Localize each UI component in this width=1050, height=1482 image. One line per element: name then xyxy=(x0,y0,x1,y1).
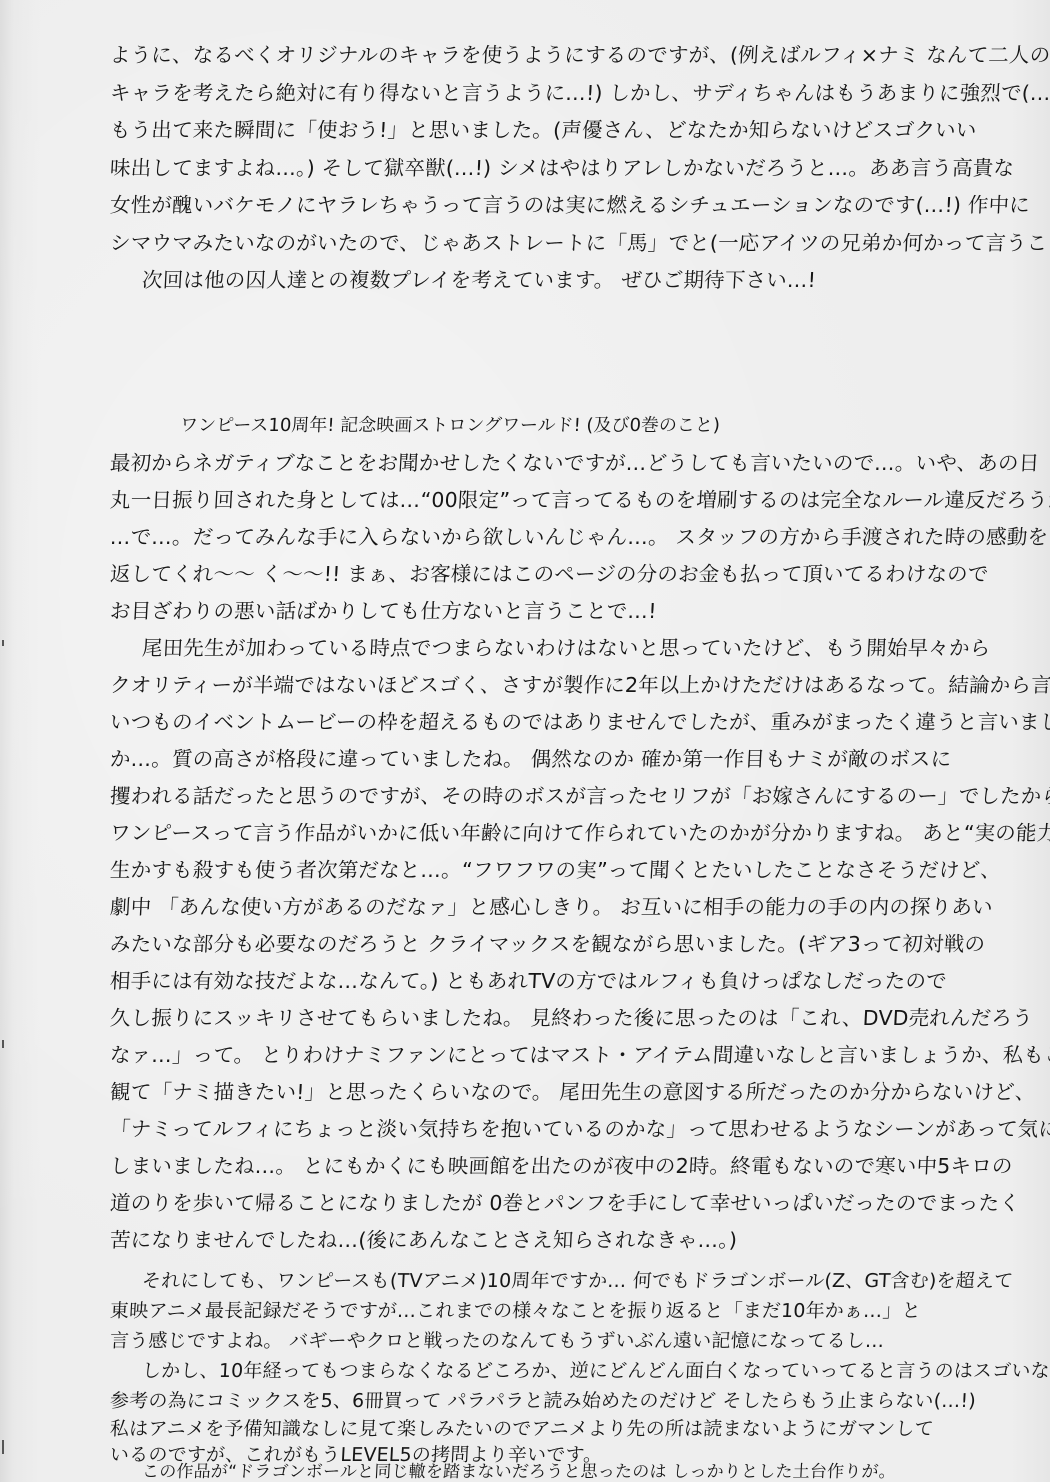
text-line: 言う感じですよね。 バギーやクロと戦ったのなんてもうずいぶん遠い記憶になってるし… xyxy=(109,1326,1011,1356)
text-line: しまいましたね…。 とにもかくにも映画館を出たのが夜中の2時。終電もないので寒い… xyxy=(109,1151,1011,1181)
text-line: 「ナミってルフィにちょっと淡い気持ちを抱いているのかな」って思わせるようなシーン… xyxy=(109,1114,1011,1144)
text-line: …で…。だってみんな手に入らないから欲しいんじゃん…。 スタッフの方から手渡され… xyxy=(109,522,1011,552)
scan-edge-mark xyxy=(2,1440,4,1454)
text-line: キャラを考えたら絶対に有り得ないと言うように…!) しかし、サディちゃんはもうあ… xyxy=(109,78,1011,108)
text-line: この作品が“ドラゴンボールと同じ轍を踏まないだろうと思ったのは しっかりとした土… xyxy=(109,1462,1042,1482)
text-line: 生かすも殺すも使う者次第だなと…。“フワフワの実”って聞くとたいしたことなさそう… xyxy=(109,855,1011,885)
text-line: それにしても、ワンピースも(TVアニメ)10周年ですか… 何でもドラゴンボール(… xyxy=(109,1266,1043,1296)
text-line: 次回は他の囚人達との複数プレイを考えています。 ぜひご期待下さい…! xyxy=(109,265,1043,295)
text-line: 参考の為にコミックスを5、6冊買って パラパラと読み始めたのだけど そしたらもう… xyxy=(109,1386,1011,1416)
text-line: シマウマみたいなのがいたので、じゃあストレートに「馬」でと(一応アイツの兄弟か何… xyxy=(109,228,1011,258)
text-line: なァ…」って。 とりわけナミファンにとってはマスト・アイテム間違いなしと言いまし… xyxy=(109,1040,1011,1070)
text-line: ように、なるべくオリジナルのキャラを使うようにするのですが、(例えばルフィ×ナミ… xyxy=(109,40,1011,70)
text-line: 尾田先生が加わっている時点でつまらないわけはないと思っていたけど、もう開始早々か… xyxy=(109,633,1043,663)
text-line: 劇中 「あんな使い方があるのだなァ」と感心しきり。 お互いに相手の能力の手の内の… xyxy=(109,892,1011,922)
text-line: 味出してますよね…。) そして獄卒獣(…!) シメはやはりアレしかないだろうと…… xyxy=(109,153,1011,183)
text-line: クオリティーが半端ではないほどスゴく、さすが製作に2年以上かけただけはあるなって… xyxy=(109,670,1011,700)
text-line: ワンピースって言う作品がいかに低い年齢に向けて作られていたのかが分かりますね。 … xyxy=(109,818,1011,848)
text-line: 丸一日振り回された身としては…“00限定”って言ってるものを増刷するのは完全なル… xyxy=(109,485,1011,515)
text-line: 観て「ナミ描きたい!」と思ったくらいなので。 尾田先生の意図する所だったのか分か… xyxy=(109,1077,1011,1107)
text-line: もう出て来た瞬間に「使おう!」と思いました。(声優さん、どなたか知らないけどスゴ… xyxy=(109,115,1011,145)
text-line: 返してくれ～～ く～～!! まぁ、お客様にはこのページの分のお金も払って頂いてる… xyxy=(109,559,1011,589)
text-line: しかし、10年経ってもつまらなくなるどころか、逆にどんどん面白くなっていってると… xyxy=(109,1356,1043,1386)
text-line: みたいな部分も必要なのだろうと クライマックスを観ながら思いました。(ギア3って… xyxy=(109,929,1011,959)
text-line: 東映アニメ最長記録だそうですが…これまでの様々なことを振り返ると「まだ10年かぁ… xyxy=(109,1296,1011,1326)
text-line: か…。質の高さが格段に違っていましたね。 偶然なのか 確か第一作目もナミが敵のボ… xyxy=(109,744,1011,774)
text-line: 最初からネガティブなことをお聞かせしたくないですが…どうしても言いたいので…。い… xyxy=(109,448,1011,478)
text-line: 道のりを歩いて帰ることになりましたが 0巻とパンフを手にして幸せいっぱいだったの… xyxy=(109,1188,1011,1218)
scanned-page: ように、なるべくオリジナルのキャラを使うようにするのですが、(例えばルフィ×ナミ… xyxy=(0,0,1050,1482)
section-heading: ワンピース10周年! 記念映画ストロングワールド! (及び0巻のこと) xyxy=(179,412,720,440)
text-line: お目ざわりの悪い話ばかりしても仕方ないと言うことで…! xyxy=(109,596,1011,626)
scan-edge-mark xyxy=(2,640,4,646)
text-line: 久し振りにスッキリさせてもらいましたね。 見終わった後に思ったのは「これ、DVD… xyxy=(109,1003,1011,1033)
text-line: 女性が醜いバケモノにヤラレちゃうって言うのは実に燃えるシチュエーションなのです(… xyxy=(109,190,1011,220)
text-line: いつものイベントムービーの枠を超えるものではありませんでしたが、重みがまったく違… xyxy=(109,707,1011,737)
text-line: 攫われる話だったと思うのですが、その時のボスが言ったセリフが「お嫁さんにするのー… xyxy=(109,781,1011,811)
text-line: 相手には有効な技だよな…なんて。) ともあれTVの方ではルフィも負けっぱなしだっ… xyxy=(109,966,1011,996)
text-line: 苦になりませんでしたね…(後にあんなことさえ知らされなきゃ…。) xyxy=(109,1225,1011,1255)
scan-edge-mark xyxy=(2,1040,4,1048)
